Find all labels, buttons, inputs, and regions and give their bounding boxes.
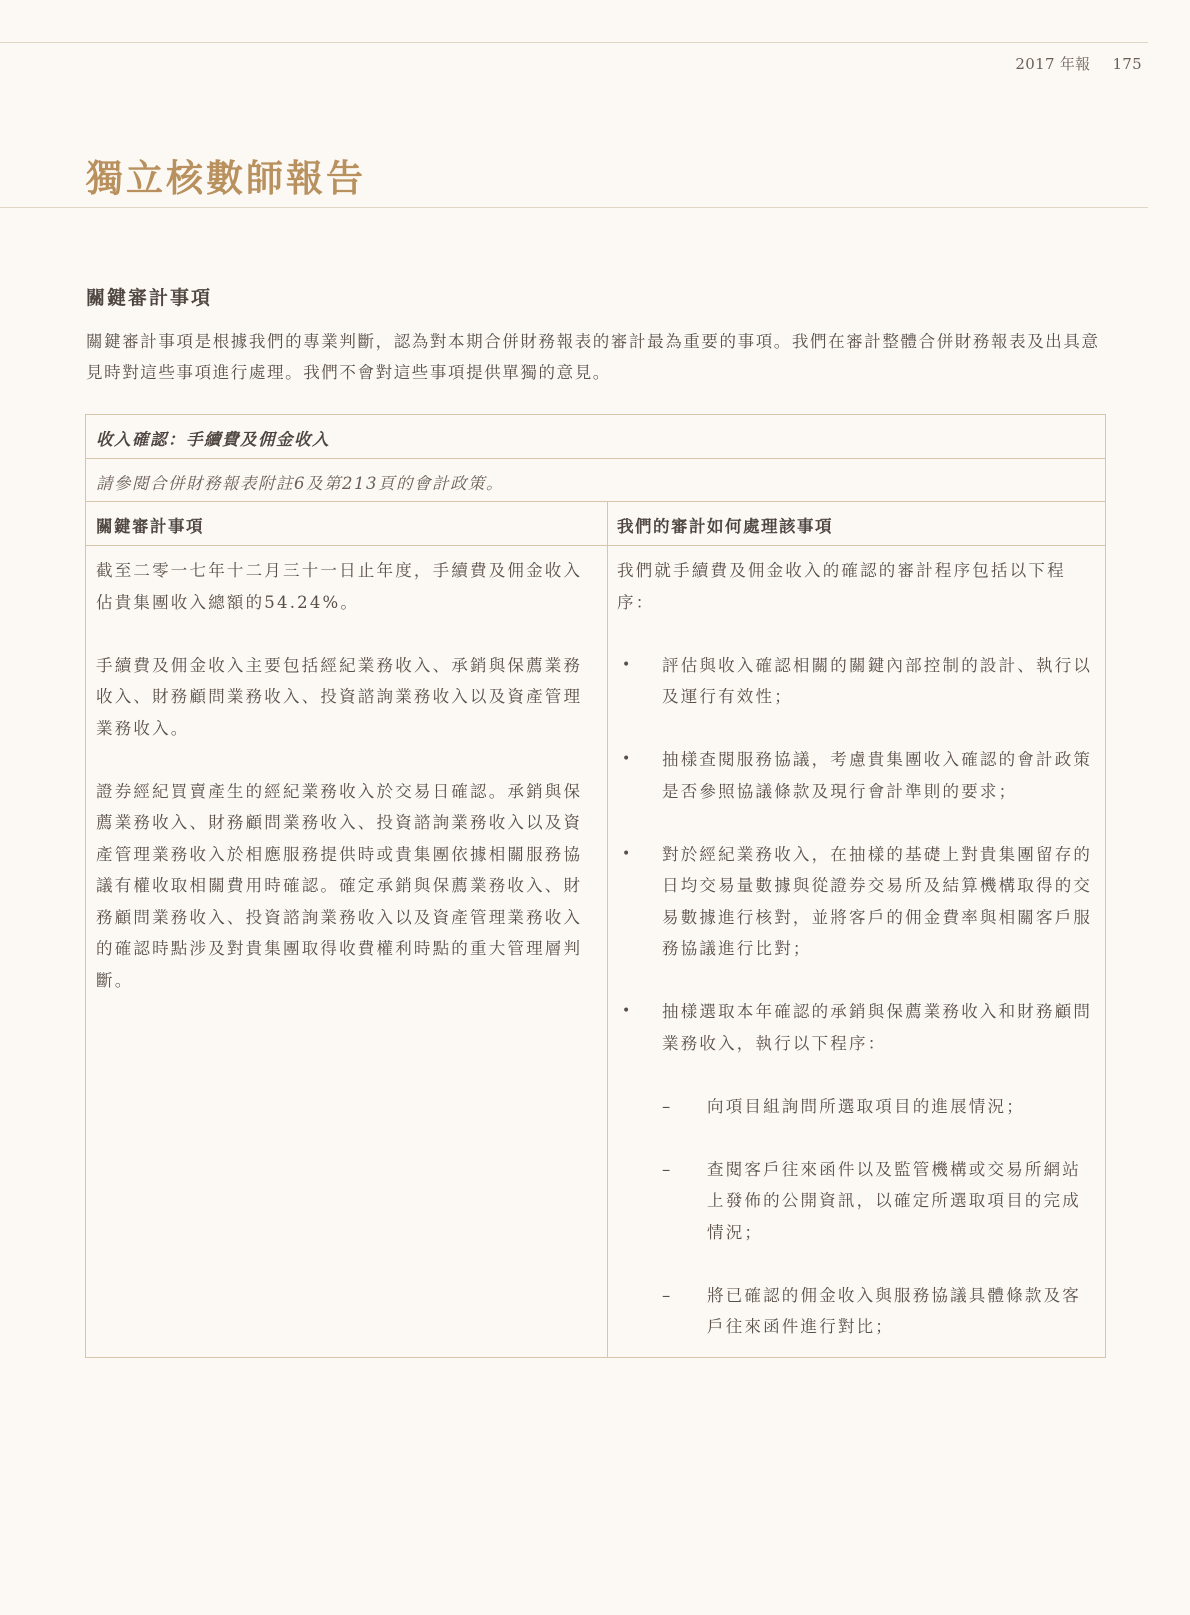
bullet-icon: • <box>622 650 632 682</box>
running-header: 2017 年報175 <box>1015 53 1142 74</box>
bullet-icon: • <box>622 744 632 776</box>
sub-procedure-text: 查閱客戶往來函件以及監管機構或交易所網站上發佈的公開資訊，以確定所選取項目的完成… <box>707 1160 1081 1242</box>
procedure-item: • 抽樣查閱服務協議，考慮貴集團收入確認的會計政策是否參照協議條款及現行會計準則… <box>617 744 1097 807</box>
sub-procedure-text: 向項目組詢問所選取項目的進展情況； <box>707 1097 1025 1116</box>
key-audit-matter-table: 收入確認：手續費及佣金收入 請參閱合併財務報表附註6及第213頁的會計政策。 關… <box>85 414 1106 1358</box>
reference-row: 請參閱合併財務報表附註6及第213頁的會計政策。 <box>86 459 1105 502</box>
procedure-text: 抽樣選取本年確認的承銷與保薦業務收入和財務顧問業務收入，執行以下程序： <box>662 1002 1092 1053</box>
column-header-response: 我們的審計如何處理該事項 <box>617 513 833 537</box>
procedure-item: • 抽樣選取本年確認的承銷與保薦業務收入和財務顧問業務收入，執行以下程序： <box>617 996 1097 1059</box>
bullet-icon: • <box>622 839 632 871</box>
reference-note: 請參閱合併財務報表附註6及第213頁的會計政策。 <box>96 470 504 494</box>
matter-paragraph: 手續費及佣金收入主要包括經紀業務收入、承銷與保薦業務收入、財務顧問業務收入、投資… <box>96 650 596 745</box>
sub-procedure-item: – 查閱客戶往來函件以及監管機構或交易所網站上發佈的公開資訊，以確定所選取項目的… <box>617 1154 1097 1249</box>
dash-icon: – <box>662 1091 672 1123</box>
column-header-row: 關鍵審計事項 我們的審計如何處理該事項 <box>86 502 1105 546</box>
procedure-text: 對於經紀業務收入，在抽樣的基礎上對貴集團留存的日均交易量數據與從證券交易所及結算… <box>662 845 1092 959</box>
matter-paragraph: 證券經紀買賣產生的經紀業務收入於交易日確認。承銷與保薦業務收入、財務顧問業務收入… <box>96 776 596 997</box>
sub-procedure-item: – 向項目組詢問所選取項目的進展情況； <box>617 1091 1097 1123</box>
matter-paragraph: 截至二零一七年十二月三十一日止年度，手續費及佣金收入佔貴集團收入總額的54.24… <box>96 555 596 618</box>
page-title: 獨立核數師報告 <box>86 148 366 202</box>
page-number: 175 <box>1112 55 1142 73</box>
procedure-item: • 對於經紀業務收入，在抽樣的基礎上對貴集團留存的日均交易量數據與從證券交易所及… <box>617 839 1097 965</box>
procedure-item: • 評估與收入確認相關的關鍵內部控制的設計、執行以及運行有效性； <box>617 650 1097 713</box>
title-rule <box>0 207 1148 208</box>
topic-title: 收入確認：手續費及佣金收入 <box>96 426 330 450</box>
column-header-matter: 關鍵審計事項 <box>96 513 204 537</box>
sub-procedure-item: – 將已確認的佣金收入與服務協議具體條款及客戶往來函件進行對比； <box>617 1280 1097 1343</box>
matter-description: 截至二零一七年十二月三十一日止年度，手續費及佣金收入佔貴集團收入總額的54.24… <box>96 555 596 1028</box>
intro-paragraph: 關鍵審計事項是根據我們的專業判斷，認為對本期合併財務報表的審計最為重要的事項。我… <box>86 326 1110 388</box>
dash-icon: – <box>662 1280 672 1312</box>
section-heading: 關鍵審計事項 <box>86 283 212 310</box>
year-label: 2017 年報 <box>1015 55 1090 73</box>
response-intro: 我們就手續費及佣金收入的確認的審計程序包括以下程序： <box>617 555 1097 618</box>
procedure-text: 抽樣查閱服務協議，考慮貴集團收入確認的會計政策是否參照協議條款及現行會計準則的要… <box>662 750 1092 801</box>
audit-response: 我們就手續費及佣金收入的確認的審計程序包括以下程序： • 評估與收入確認相關的關… <box>617 555 1097 1374</box>
column-divider <box>607 502 608 1357</box>
top-rule <box>0 42 1148 43</box>
topic-row: 收入確認：手續費及佣金收入 <box>86 415 1105 459</box>
sub-procedure-text: 將已確認的佣金收入與服務協議具體條款及客戶往來函件進行對比； <box>707 1286 1081 1337</box>
bullet-icon: • <box>622 996 632 1028</box>
dash-icon: – <box>662 1154 672 1186</box>
procedure-text: 評估與收入確認相關的關鍵內部控制的設計、執行以及運行有效性； <box>662 656 1092 707</box>
